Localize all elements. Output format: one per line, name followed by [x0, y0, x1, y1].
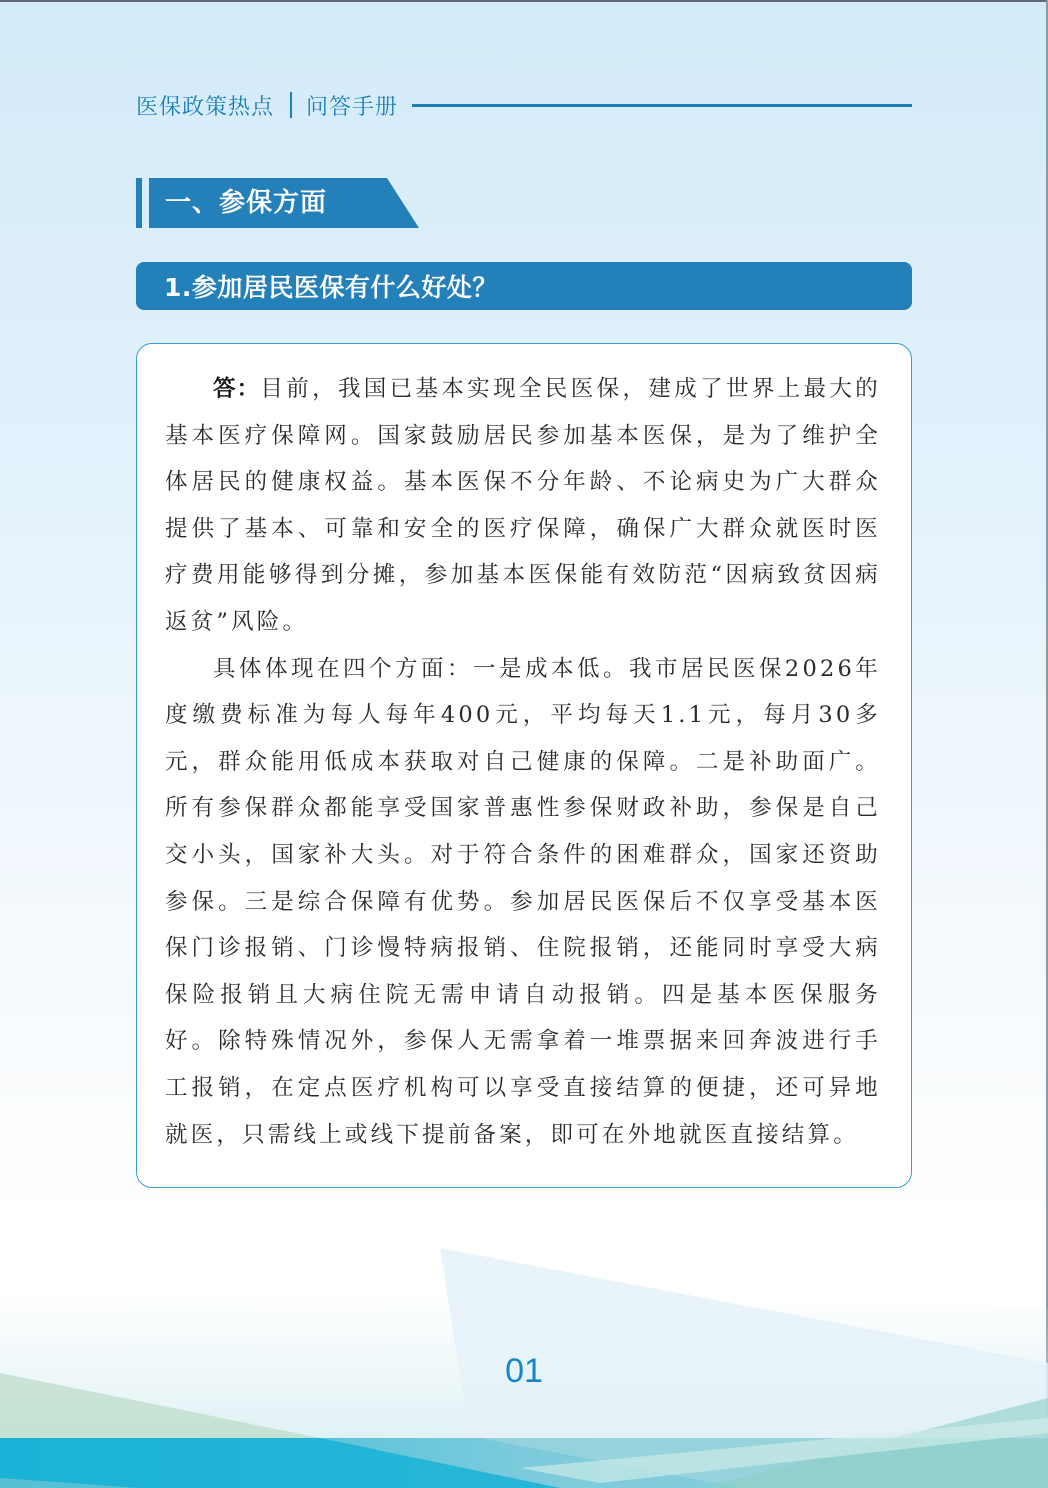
section-heading: 一、参保方面 — [136, 178, 420, 228]
running-header: 医保政策热点 问答手册 — [136, 88, 912, 122]
answer-paragraph-2: 具体体现在四个方面：一是成本低。我市居民医保2026年度缴费标准为每人每年400… — [165, 646, 881, 1159]
question-heading: 1.参加居民医保有什么好处？ — [136, 262, 912, 310]
section-title: 一、参保方面 — [165, 178, 327, 228]
answer-paragraph-1: 答：目前，我国已基本实现全民医保，建成了世界上最大的基本医疗保障网。国家鼓励居民… — [165, 366, 881, 646]
header-rule — [412, 104, 912, 107]
answer-paragraph-1-text: 目前，我国已基本实现全民医保，建成了世界上最大的基本医疗保障网。国家鼓励居民参加… — [165, 376, 881, 635]
page-number: 01 — [0, 1352, 1048, 1391]
header-title: 医保政策热点 — [136, 90, 274, 121]
answer-card: 答：目前，我国已基本实现全民医保，建成了世界上最大的基本医疗保障网。国家鼓励居民… — [136, 343, 912, 1188]
answer-label: 答： — [213, 376, 260, 402]
header-subtitle: 问答手册 — [306, 90, 398, 121]
question-title: 1.参加居民医保有什么好处？ — [164, 268, 498, 304]
page-border-top — [0, 0, 1048, 2]
header-separator — [290, 92, 292, 118]
section-accent-bar — [136, 178, 142, 228]
